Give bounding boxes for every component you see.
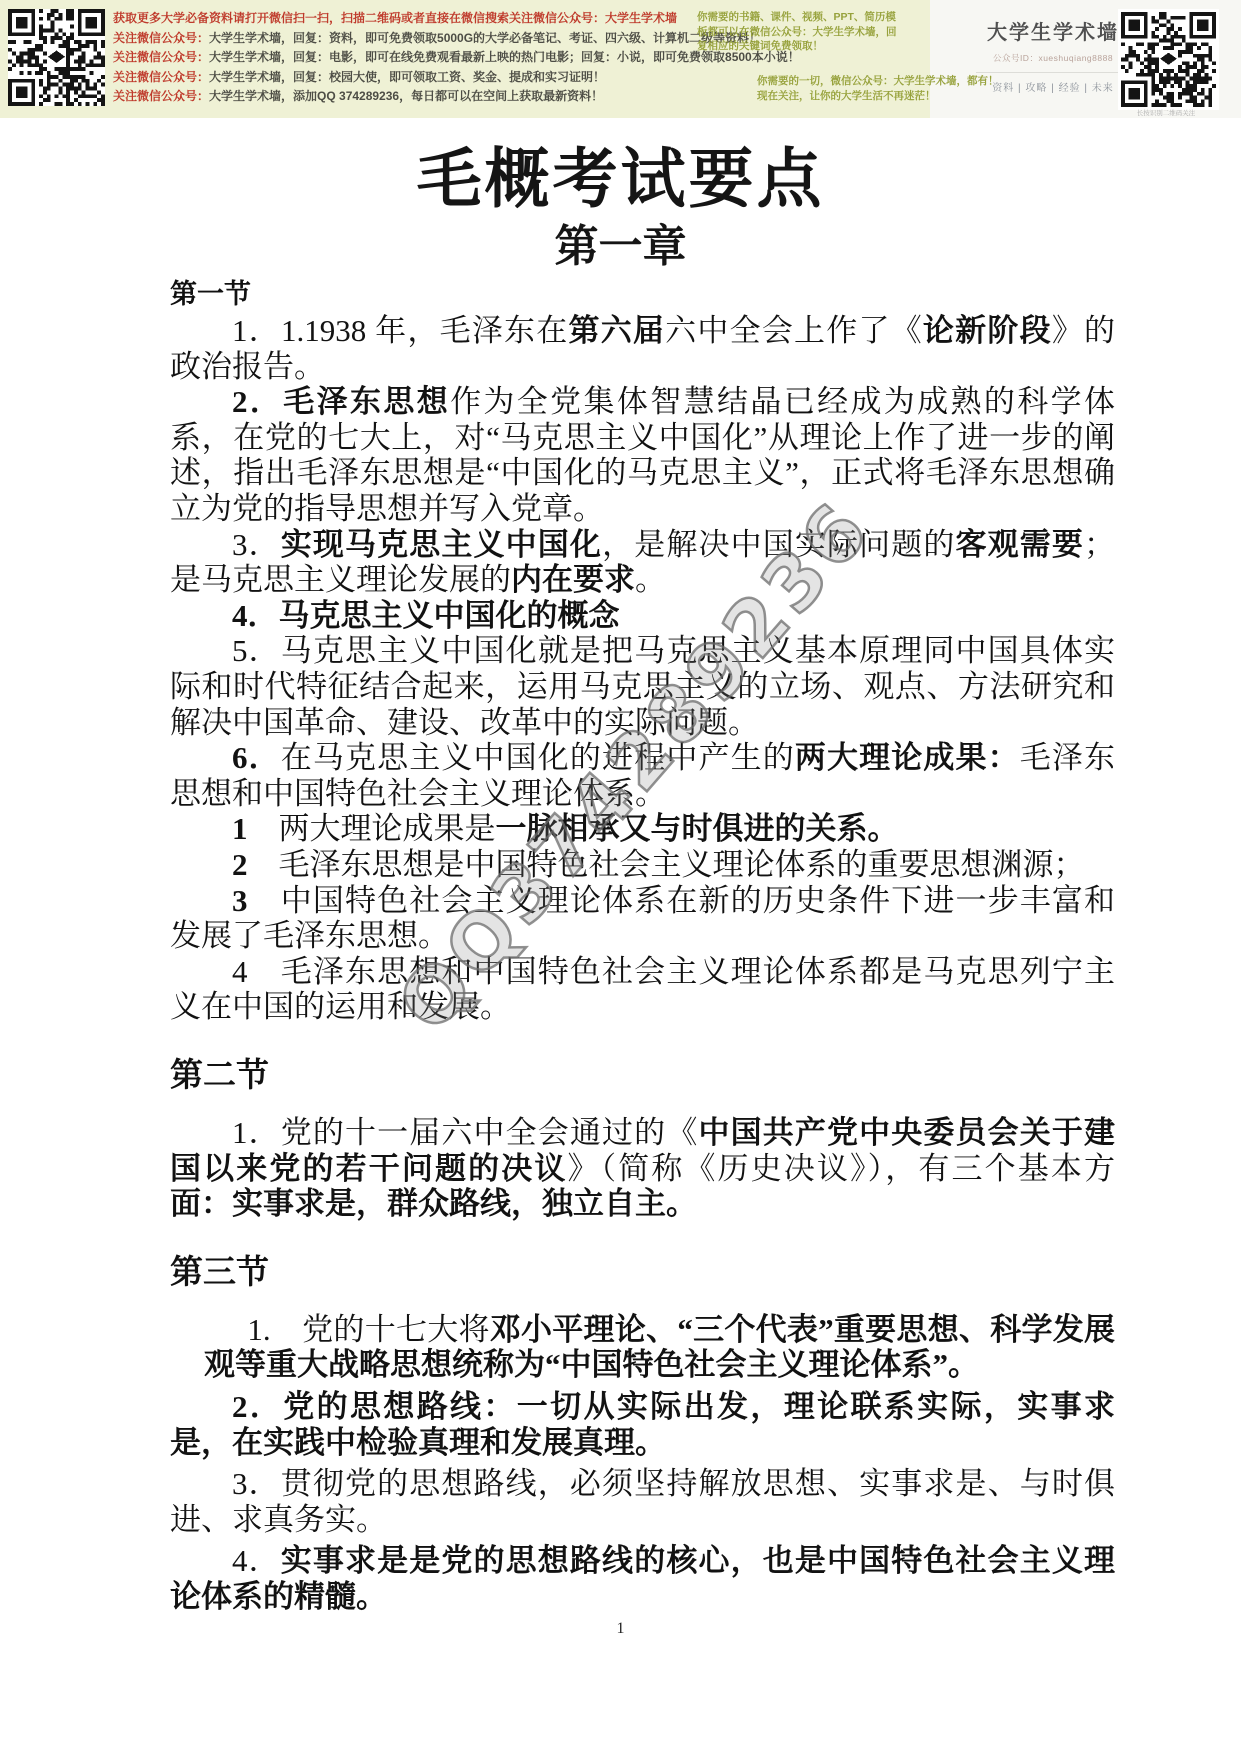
paragraph: 5．马克思主义中国化就是把马克思主义基本原理同中国具体实际和时代特征结合起来，运… [170, 633, 1115, 740]
section-heading: 第三节 [170, 1254, 1115, 1292]
paragraph: 1 两大理论成果是一脉相承又与时俱进的关系。 [170, 811, 1115, 847]
paragraph: 3．实现马克思主义中国化，是解决中国实际问题的客观需要；是马克思主义理论发展的内… [170, 527, 1115, 598]
qr-caption: 长按识别二维码关注 [1110, 108, 1222, 117]
text-run: 在马克思主义中国化的进程中产生的 [281, 740, 795, 775]
text-run: 实事求是是党的思想路线的核心，也是中国特色社会主义理论体系的精髓。 [170, 1543, 1115, 1614]
text-run: 2．党的思想路线：一切从实际出发，理论联系实际，实事求是，在实践中检验真理和发展… [170, 1389, 1115, 1460]
paragraph: 4．马克思主义中国化的概念 [170, 598, 1115, 634]
text-run: 两大理论成果是 [248, 811, 496, 846]
text-run: 毛泽东思想是中国特色社会主义理论体系的重要思想渊源； [248, 847, 1085, 882]
text-run: 两大理论成果： [795, 740, 1020, 775]
qr-code-left-icon [8, 9, 105, 106]
text-run: 2 [232, 847, 248, 882]
paragraph: 3．贯彻党的思想路线，必须坚持解放思想、实事求是、与时俱进、求真务实。 [170, 1466, 1115, 1537]
text-run: 5．马克思主义中国化就是把马克思主义基本原理同中国具体实际和时代特征结合起来，运… [170, 633, 1115, 739]
text-run: 》（简称《历史决议》），有三个基本方 [567, 1151, 1115, 1186]
card-divider [976, 72, 1130, 73]
promo-line: 关注微信公众号：大学生学术墙，回复：电影，即可在线免费观看最新上映的热门电影；回… [113, 48, 698, 68]
text-run: 3． [232, 527, 281, 562]
account-card-title: 大学生学术墙 [968, 16, 1138, 45]
paragraph: 2．党的思想路线：一切从实际出发，理论联系实际，实事求是，在实践中检验真理和发展… [170, 1389, 1115, 1460]
section-heading: 第一节 [170, 277, 1115, 311]
promo-line: 关注微信公众号：大学生学术墙，添加QQ 374289236，每日都可以在空间上获… [113, 87, 698, 107]
text-run: 内在要求 [511, 562, 635, 597]
promo-line-text: 大学生学术墙，回复：校园大使，即可领取工资、奖金、提成和实习证明！ [209, 70, 605, 84]
text-run: 一脉相承又与时俱进的关系。 [496, 811, 899, 846]
text-run: 1．党的十一届六中全会通过的《 [232, 1115, 698, 1150]
text-run: 1．1.1938 年，毛泽东在 [232, 313, 568, 348]
qr-code-right-icon [1118, 9, 1219, 110]
promo-line-prefix: 关注微信公众号： [113, 70, 209, 84]
text-run: 3．贯彻党的思想路线，必须坚持解放思想、实事求是、与时俱进、求真务实。 [170, 1466, 1115, 1537]
promo-line: 获取更多大学必备资料请打开微信扫一扫，扫描二维码或者直接在微信搜索关注微信公众号… [113, 9, 698, 29]
paragraph: 3 中国特色社会主义理论体系在新的历史条件下进一步丰富和发展了毛泽东思想。 [170, 883, 1115, 954]
account-card-id: 公众号ID：xueshuqiang8888 [968, 52, 1138, 64]
text-run: 4． [232, 1543, 281, 1578]
paragraph: 4．实事求是是党的思想路线的核心，也是中国特色社会主义理论体系的精髓。 [170, 1543, 1115, 1614]
paragraph: 1. 党的十七大将邓小平理论、“三个代表”重要思想、科学发展观等重大战略思想统称… [204, 1312, 1115, 1383]
text-run: 6． [232, 740, 281, 775]
text-run: 2．毛泽东思想 [232, 384, 450, 419]
section-heading: 第二节 [170, 1057, 1115, 1095]
text-run: 3 [232, 883, 248, 918]
text-run: 论新阶段 [923, 313, 1052, 348]
section-body: 1. 党的十七大将邓小平理论、“三个代表”重要思想、科学发展观等重大战略思想统称… [170, 1312, 1115, 1615]
paragraph: 4 毛泽东思想和中国特色社会主义理论体系都是马克思列宁主义在中国的运用和发展。 [170, 954, 1115, 1025]
promo-line-prefix: 获取更多大学必备资料请打开微信扫一扫，扫描二维码或者直接在微信搜索关注微信公众号… [113, 11, 677, 25]
page-title: 毛概考试要点 [0, 142, 1241, 219]
account-card: 大学生学术墙 公众号ID：xueshuqiang8888 资料 | 攻略 | 经… [968, 16, 1138, 94]
text-run: 第六届 [568, 313, 665, 348]
promo-banner: 获取更多大学必备资料请打开微信扫一扫，扫描二维码或者直接在微信搜索关注微信公众号… [0, 0, 1241, 118]
promo-line-text: 大学生学术墙，添加QQ 374289236，每日都可以在空间上获取最新资料！ [209, 89, 603, 103]
text-run: 面：实事求是，群众路线，独立自主。 [170, 1186, 697, 1221]
section-body: 1．党的十一届六中全会通过的《中国共产党中央委员会关于建国以来党的若干问题的决议… [170, 1115, 1115, 1222]
text-run: 实现马克思主义中国化 [281, 527, 602, 562]
text-run: 1. 党的十七大将 [247, 1312, 489, 1347]
chapter-heading: 第一章 [0, 223, 1241, 271]
promo-note-materials: 你需要的书籍、课件、视频、PPT、简历模板都可以在微信公众号：大学生学术墙，回复… [697, 10, 902, 54]
text-run: 4 毛泽东思想和中国特色社会主义理论体系都是马克思列宁主义在中国的运用和发展。 [170, 954, 1115, 1025]
text-run: 。 [635, 562, 666, 597]
paragraph: 1．党的十一届六中全会通过的《中国共产党中央委员会关于建国以来党的若干问题的决议… [170, 1115, 1115, 1222]
promo-line-prefix: 关注微信公众号： [113, 50, 209, 64]
document-content: 第一节1．1.1938 年，毛泽东在第六届六中全会上作了《论新阶段》的政治报告。… [170, 277, 1115, 1614]
promo-line: 关注微信公众号：大学生学术墙，回复：校园大使，即可领取工资、奖金、提成和实习证明… [113, 68, 698, 88]
section-body: 1．1.1938 年，毛泽东在第六届六中全会上作了《论新阶段》的政治报告。2．毛… [170, 313, 1115, 1025]
promo-text-block: 获取更多大学必备资料请打开微信扫一扫，扫描二维码或者直接在微信搜索关注微信公众号… [113, 9, 698, 107]
document-page: 毛概考试要点 第一章 第一节1．1.1938 年，毛泽东在第六届六中全会上作了《… [0, 118, 1241, 1620]
promo-line-prefix: 关注微信公众号： [113, 31, 209, 45]
page-number: 1 [0, 1620, 1241, 1638]
account-card-nav: 资料 | 攻略 | 经验 | 未来 [968, 79, 1138, 94]
text-run: 客观需要 [956, 527, 1085, 562]
promo-line: 关注微信公众号：大学生学术墙，回复：资料，即可免费领取5000G的大学必备笔记、… [113, 29, 698, 49]
promo-line-prefix: 关注微信公众号： [113, 89, 209, 103]
text-run: 1 [232, 811, 248, 846]
paragraph: 2 毛泽东思想是中国特色社会主义理论体系的重要思想渊源； [170, 847, 1115, 883]
promo-line-text: 大学生学术墙，回复：资料，即可免费领取5000G的大学必备笔记、考证、四六级、计… [209, 31, 761, 45]
paragraph: 6．在马克思主义中国化的进程中产生的两大理论成果：毛泽东思想和中国特色社会主义理… [170, 740, 1115, 811]
paragraph: 2．毛泽东思想作为全党集体智慧结晶已经成为成熟的科学体系，在党的七大上，对“马克… [170, 384, 1115, 526]
text-run: 中国特色社会主义理论体系在新的历史条件下进一步丰富和发展了毛泽东思想。 [170, 883, 1115, 954]
paragraph: 1．1.1938 年，毛泽东在第六届六中全会上作了《论新阶段》的政治报告。 [170, 313, 1115, 384]
text-run: 六中全会上作了《 [665, 313, 923, 348]
text-run: ，是解决中国实际问题的 [602, 527, 955, 562]
text-run: 4．马克思主义中国化的概念 [232, 598, 620, 633]
